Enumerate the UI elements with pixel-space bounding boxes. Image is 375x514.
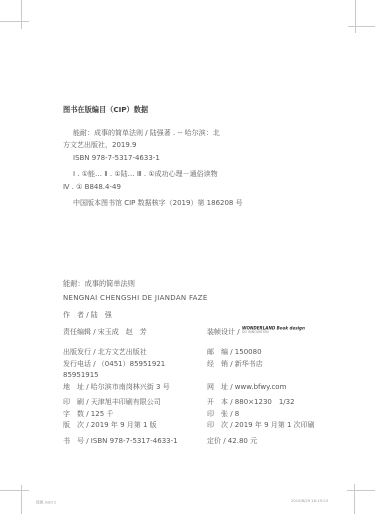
detail-left: 出版发行 / 北方文艺出版社 bbox=[63, 347, 207, 359]
logo-subtitle: DO INNOVATION bbox=[242, 331, 293, 334]
detail-right: 经 销 / 新华书店 bbox=[207, 359, 342, 382]
detail-left: 地 址 / 哈尔滨市南岗林兴街 3 号 bbox=[63, 382, 207, 394]
cip-record-number: 中国版本图书馆 CIP 数据核字（2019）第 186208 号 bbox=[63, 197, 325, 210]
detail-row-edition: 版 次 / 2019 年 9 月第 1 版 印 次 / 2019 年 9 月第 … bbox=[63, 420, 342, 432]
detail-right: 邮 编 / 150080 bbox=[207, 347, 342, 359]
detail-row-printer: 印 刷 / 天津旭丰印刷有限公司 开 本 / 880×1230 1/32 bbox=[63, 397, 342, 409]
publication-details: 作 者 / 陆 强 责任编辑 / 宋玉成 赵 芳 装帧设计 / WONDERLA… bbox=[63, 310, 342, 447]
detail-row-wordcount: 字 数 / 125 千 印 张 / 8 bbox=[63, 409, 342, 421]
book-design-logo: WONDERLAND Book designDO INNOVATION bbox=[242, 327, 334, 337]
crop-mark-bottom-right-horizontal bbox=[347, 490, 375, 491]
detail-row-publisher: 出版发行 / 北方文艺出版社 邮 编 / 150080 bbox=[63, 347, 342, 359]
detail-row-phone: 发行电话 / （0451）85951921 85951915 经 销 / 新华书… bbox=[63, 359, 342, 382]
detail-right: 印 张 / 8 bbox=[207, 409, 342, 421]
detail-row-editor: 责任编辑 / 宋玉成 赵 芳 装帧设计 / WONDERLAND Book de… bbox=[63, 327, 342, 339]
cip-line: 方文艺出版社，2019.9 bbox=[63, 139, 325, 152]
detail-row-author: 作 者 / 陆 强 bbox=[63, 310, 342, 322]
detail-right: 定价 / 42.80 元 bbox=[207, 436, 342, 448]
crop-mark-bottom-right-vertical bbox=[354, 484, 355, 514]
crop-mark-bottom-left-horizontal bbox=[0, 490, 29, 491]
crop-mark-top-left-vertical bbox=[21, 0, 22, 29]
crop-mark-top-right-vertical bbox=[355, 0, 356, 33]
detail-left: 责任编辑 / 宋玉成 赵 芳 bbox=[63, 327, 207, 339]
detail-right: 开 本 / 880×1230 1/32 bbox=[207, 397, 342, 409]
detail-left: 作 者 / 陆 强 bbox=[63, 310, 207, 322]
footer-filename: 能耐.indd 2 bbox=[36, 499, 56, 505]
detail-row-isbn-price: 书 号 / ISBN 978-7-5317-4633-1 定价 / 42.80 … bbox=[63, 436, 342, 448]
cip-title: 图书在版编目（CIP）数据 bbox=[63, 104, 325, 117]
detail-right: 印 次 / 2019 年 9 月第 1 次印刷 bbox=[207, 420, 342, 432]
cip-line: Ⅰ . ①能… Ⅱ . ①陆… Ⅲ . ①成功心理－通俗读物 bbox=[63, 168, 325, 181]
design-label: 装帧设计 / bbox=[207, 328, 242, 336]
detail-right bbox=[207, 310, 342, 322]
cip-line: 能耐：成事的简单法则 / 陆强著 . -- 哈尔滨：北 bbox=[63, 127, 325, 140]
cip-block: 图书在版编目（CIP）数据 能耐：成事的简单法则 / 陆强著 . -- 哈尔滨：… bbox=[63, 104, 325, 210]
detail-left: 发行电话 / （0451）85951921 85951915 bbox=[63, 359, 207, 382]
copyright-page: 图书在版编目（CIP）数据 能耐：成事的简单法则 / 陆强著 . -- 哈尔滨：… bbox=[0, 0, 375, 514]
detail-left: 印 刷 / 天津旭丰印刷有限公司 bbox=[63, 397, 207, 409]
footer-timestamp: 2019/8/29 16:19:23 bbox=[291, 499, 328, 503]
cip-line: Ⅳ . ① B848.4-49 bbox=[63, 181, 325, 194]
title-block: 能耐：成事的简单法则 NENGNAI CHENGSHI DE JIANDAN F… bbox=[63, 277, 208, 305]
detail-left: 书 号 / ISBN 978-7-5317-4633-1 bbox=[63, 436, 207, 448]
detail-right: 网 址 / www.bfwy.com bbox=[207, 382, 342, 394]
book-title: 能耐：成事的简单法则 bbox=[63, 277, 208, 291]
book-title-pinyin: NENGNAI CHENGSHI DE JIANDAN FAZE bbox=[63, 291, 208, 305]
crop-mark-top-right-horizontal bbox=[348, 26, 375, 27]
crop-mark-top-left-horizontal bbox=[0, 21, 29, 22]
detail-left: 版 次 / 2019 年 9 月第 1 版 bbox=[63, 420, 207, 432]
cip-line: ISBN 978-7-5317-4633-1 bbox=[63, 152, 325, 165]
detail-left: 字 数 / 125 千 bbox=[63, 409, 207, 421]
detail-row-address: 地 址 / 哈尔滨市南岗林兴街 3 号 网 址 / www.bfwy.com bbox=[63, 382, 342, 394]
detail-right: 装帧设计 / WONDERLAND Book designDO INNOVATI… bbox=[207, 327, 342, 339]
